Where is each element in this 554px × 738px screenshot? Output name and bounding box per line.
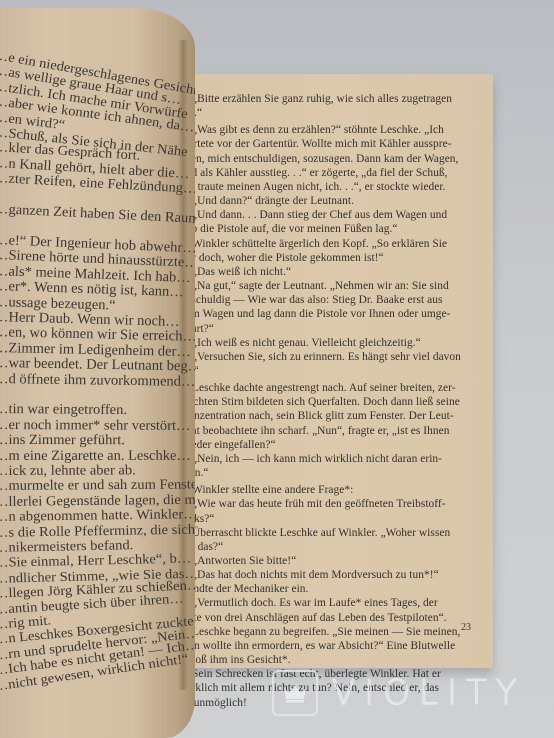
- text-line: tanks?“: [180, 512, 480, 526]
- text-line: Sie das?“: [180, 540, 480, 554]
- text-line: erste von drei Anschlägen auf das Leben …: [180, 611, 480, 625]
- text-line: chen, mich entschuldigen, sozusagen. Dan…: [180, 152, 480, 166]
- text-line: „Bitte erzählen Sie ganz ruhig, wie sich…: [180, 92, 480, 106]
- text-line: „Na gut,“ sagte der Leutnant. „Nehmen wi…: [180, 279, 480, 293]
- watermark-text: VIOLITY: [332, 673, 526, 713]
- text-line: nern.“: [180, 466, 480, 480]
- text-line: „Vermutlich doch. Es war im Laufe* eines…: [180, 596, 480, 610]
- text-line: man wollte ihn ermordern, es war Absicht…: [180, 639, 480, 653]
- text-line: mir doch, woher die Pistole gekommen ist…: [180, 251, 480, 265]
- text-line: Ich traute meinen Augen nicht, ich. . .“…: [180, 180, 480, 194]
- left-page: …e ein niedergeschlagenes Gesicht…as wel…: [0, 8, 195, 738]
- text-line: Leschke dachte angestrengt nach. Auf sei…: [180, 381, 480, 395]
- text-line: „Was gibt es denn zu erzählen?“ stöhnte …: [180, 123, 480, 137]
- text-line: „Und dann?“ drängte der Leutnant.: [180, 194, 480, 208]
- text-line: …m eine Zigarette an. Leschke…: [0, 449, 194, 464]
- text-line: …ins Zimmer geführt.: [0, 433, 194, 448]
- text-line: kehrt?“: [180, 322, 480, 336]
- text-line: furchten Stirn bildeten sich Querfalten.…: [180, 395, 480, 409]
- text-line: „Das hat doch nichts mit dem Mordversuch…: [180, 568, 480, 582]
- text-line: „Das weiß ich nicht.“: [180, 265, 480, 279]
- text-line: hob die Pistole auf, die vor meinen Füße…: [180, 222, 480, 236]
- text-line: schoß ihm ins Gesicht*.: [180, 653, 480, 667]
- text-line: „Und dann. . . Dann stieg der Chef aus d…: [180, 208, 480, 222]
- left-page-text: …e ein niedergeschlagenes Gesicht…as wel…: [0, 48, 194, 695]
- text-line: dem Wagen und lag dann die Pistole vor I…: [180, 307, 480, 321]
- text-line: „Versuchen Sie, sich zu erinnern. Es hän…: [180, 350, 480, 364]
- text-line: „Ich weiß es nicht genau. Vielleicht gle…: [180, 336, 480, 350]
- book-gutter: [178, 40, 188, 690]
- text-line: ab.“: [180, 364, 480, 378]
- right-page-text: „Bitte erzählen Sie ganz ruhig, wie sich…: [180, 92, 480, 710]
- text-line: Winkler schüttelte ärgerlich den Kopf. „…: [180, 237, 480, 251]
- watermark: VIOLITY: [272, 668, 526, 718]
- text-line: „Antworten Sie bitte!“: [180, 554, 480, 568]
- book-photo: „Bitte erzählen Sie ganz ruhig, wie sich…: [0, 0, 554, 738]
- text-line: unschuldig — Wie war das also: Stieg Dr.…: [180, 293, 480, 307]
- text-line: Überrascht blickte Leschke auf Winkler. …: [180, 526, 480, 540]
- text-line: „Wie war das heute früh mit den geöffnet…: [180, 497, 480, 511]
- text-line: Leschke begann zu begreifen. „Sie meinen…: [180, 625, 480, 639]
- text-line: und als Kähler ausstieg. . .“ er zögerte…: [180, 166, 480, 180]
- text-line: wandte der Mechaniker ein.: [180, 582, 480, 596]
- text-line: Winkler stellte eine andere Frage*:: [180, 483, 480, 497]
- page-number: 23: [461, 622, 471, 633]
- crown-icon: [272, 670, 318, 716]
- text-line: wartete vor der Gartentür. Wollte mich m…: [180, 137, 480, 151]
- right-page: „Bitte erzählen Sie ganz ruhig, wie sich…: [160, 74, 493, 668]
- text-line: wieder eingefallen?“: [180, 438, 480, 452]
- text-line: Konzentration nach, sein Blick glitt zum…: [180, 409, 480, 423]
- text-line: hat.“: [180, 106, 480, 120]
- text-line: nant beobachtete ihn scharf. „Nun“, frag…: [180, 424, 480, 438]
- text-line: „Nein, ich — ich kann mich wirklich nich…: [180, 452, 480, 466]
